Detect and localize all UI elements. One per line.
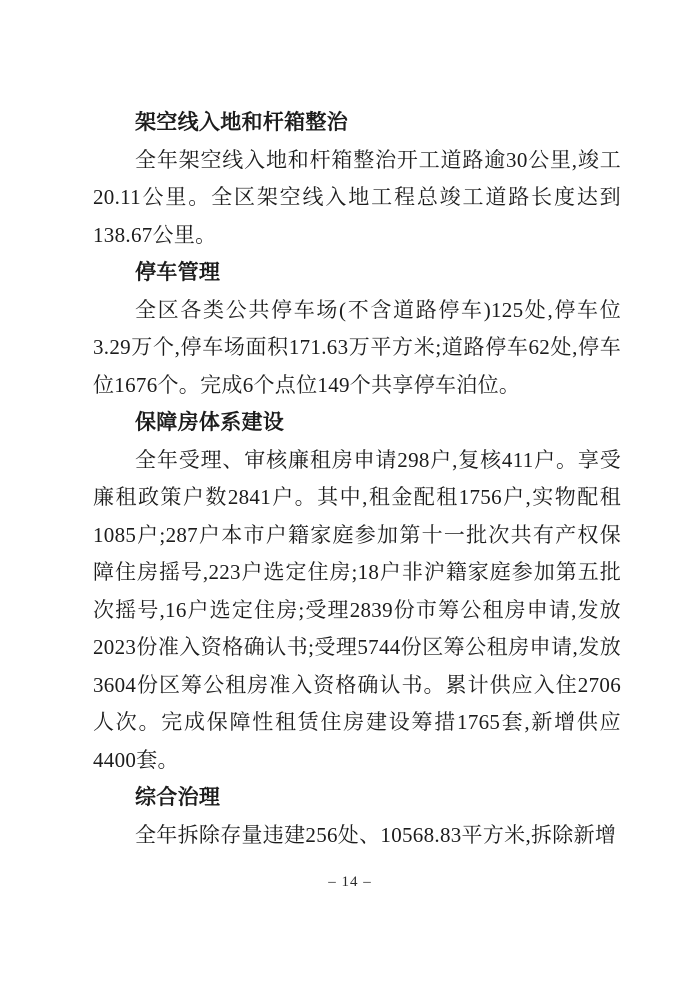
page-footer: – 14 – (0, 872, 700, 892)
document-body: 架空线入地和杆箱整治 全年架空线入地和杆箱整治开工道路逾30公里,竣工20.11… (93, 104, 621, 854)
section-paragraph: 全年拆除存量违建256处、10568.83平方米,拆除新增 (93, 817, 621, 855)
section-paragraph: 全年受理、审核廉租房申请298户,复核411户。享受廉租政策户数2841户。其中… (93, 442, 621, 780)
section-paragraph: 全年架空线入地和杆箱整治开工道路逾30公里,竣工20.11公里。全区架空线入地工… (93, 142, 621, 255)
section-heading: 架空线入地和杆箱整治 (93, 104, 621, 142)
section-heading: 停车管理 (93, 254, 621, 292)
document-section: 综合治理 全年拆除存量违建256处、10568.83平方米,拆除新增 (93, 779, 621, 854)
section-heading: 保障房体系建设 (93, 404, 621, 442)
document-section: 架空线入地和杆箱整治 全年架空线入地和杆箱整治开工道路逾30公里,竣工20.11… (93, 104, 621, 254)
page-number: – 14 – (328, 874, 372, 890)
section-paragraph: 全区各类公共停车场(不含道路停车)125处,停车位3.29万个,停车场面积171… (93, 292, 621, 405)
document-section: 停车管理 全区各类公共停车场(不含道路停车)125处,停车位3.29万个,停车场… (93, 254, 621, 404)
section-heading: 综合治理 (93, 779, 621, 817)
document-section: 保障房体系建设 全年受理、审核廉租房申请298户,复核411户。享受廉租政策户数… (93, 404, 621, 779)
document-page: 架空线入地和杆箱整治 全年架空线入地和杆箱整治开工道路逾30公里,竣工20.11… (0, 0, 700, 983)
